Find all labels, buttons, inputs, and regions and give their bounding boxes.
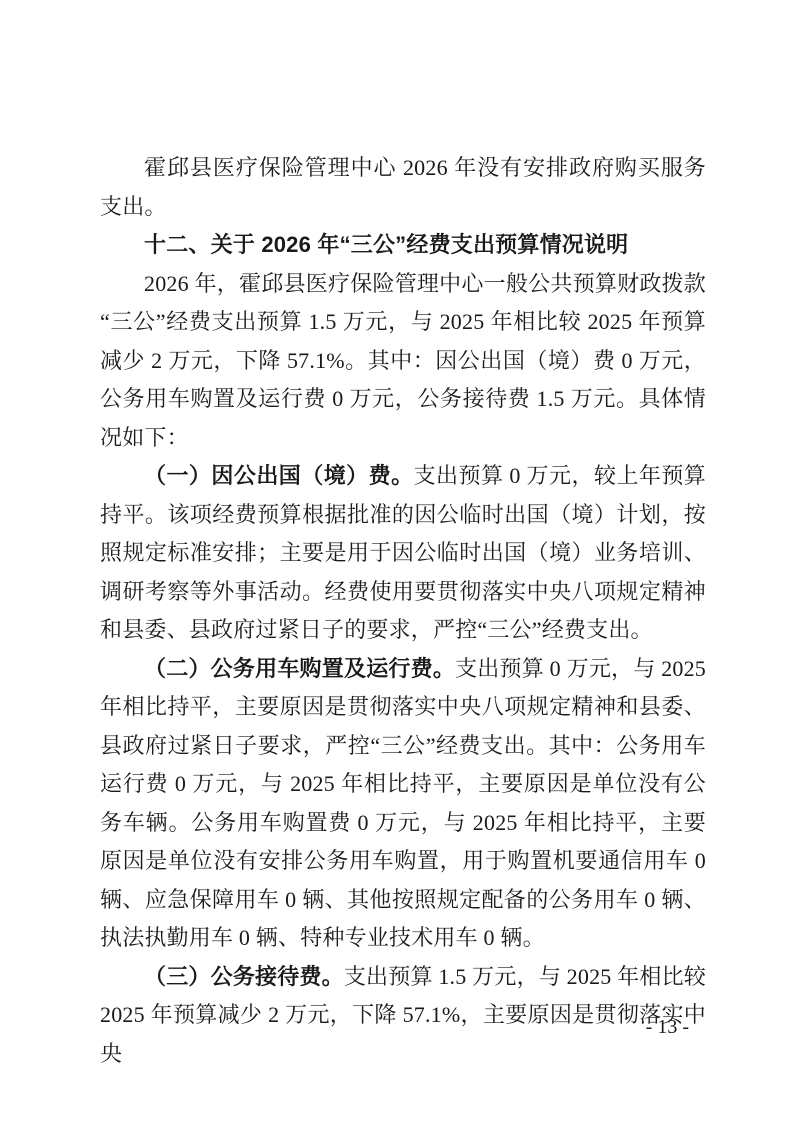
page-number: - 13 -	[646, 1012, 689, 1042]
subsection-vehicle-fee-title: （二）公务用车购置及运行费。	[144, 656, 455, 681]
subsection-abroad-fee-title: （一）因公出国（境）费。	[144, 463, 414, 488]
subsection-vehicle-fee-text: 支出预算 0 万元，与 2025 年相比持平，主要原因是贯彻落实中央八项规定精神…	[100, 656, 706, 951]
document-body: 霍邱县医疗保险管理中心 2026 年没有安排政府购买服务支出。 十二、关于 20…	[100, 149, 706, 1073]
paragraph-overview: 2026 年，霍邱县医疗保险管理中心一般公共预算财政拨款“三公”经费支出预算 1…	[100, 265, 706, 458]
document-page: 霍邱县医疗保险管理中心 2026 年没有安排政府购买服务支出。 十二、关于 20…	[0, 0, 793, 1122]
paragraph-gov-purchase: 霍邱县医疗保险管理中心 2026 年没有安排政府购买服务支出。	[100, 149, 706, 226]
subsection-vehicle-fee: （二）公务用车购置及运行费。支出预算 0 万元，与 2025 年相比持平，主要原…	[100, 650, 706, 958]
subsection-reception-fee: （三）公务接待费。支出预算 1.5 万元，与 2025 年相比较 2025 年预…	[100, 958, 706, 1074]
subsection-reception-fee-title: （三）公务接待费。	[144, 964, 344, 989]
subsection-abroad-fee: （一）因公出国（境）费。支出预算 0 万元，较上年预算持平。该项经费预算根据批准…	[100, 457, 706, 650]
subsection-abroad-fee-text: 支出预算 0 万元，较上年预算持平。该项经费预算根据批准的因公临时出国（境）计划…	[100, 463, 706, 642]
section-heading-three-public-funds: 十二、关于 2026 年“三公”经费支出预算情况说明	[100, 226, 706, 265]
